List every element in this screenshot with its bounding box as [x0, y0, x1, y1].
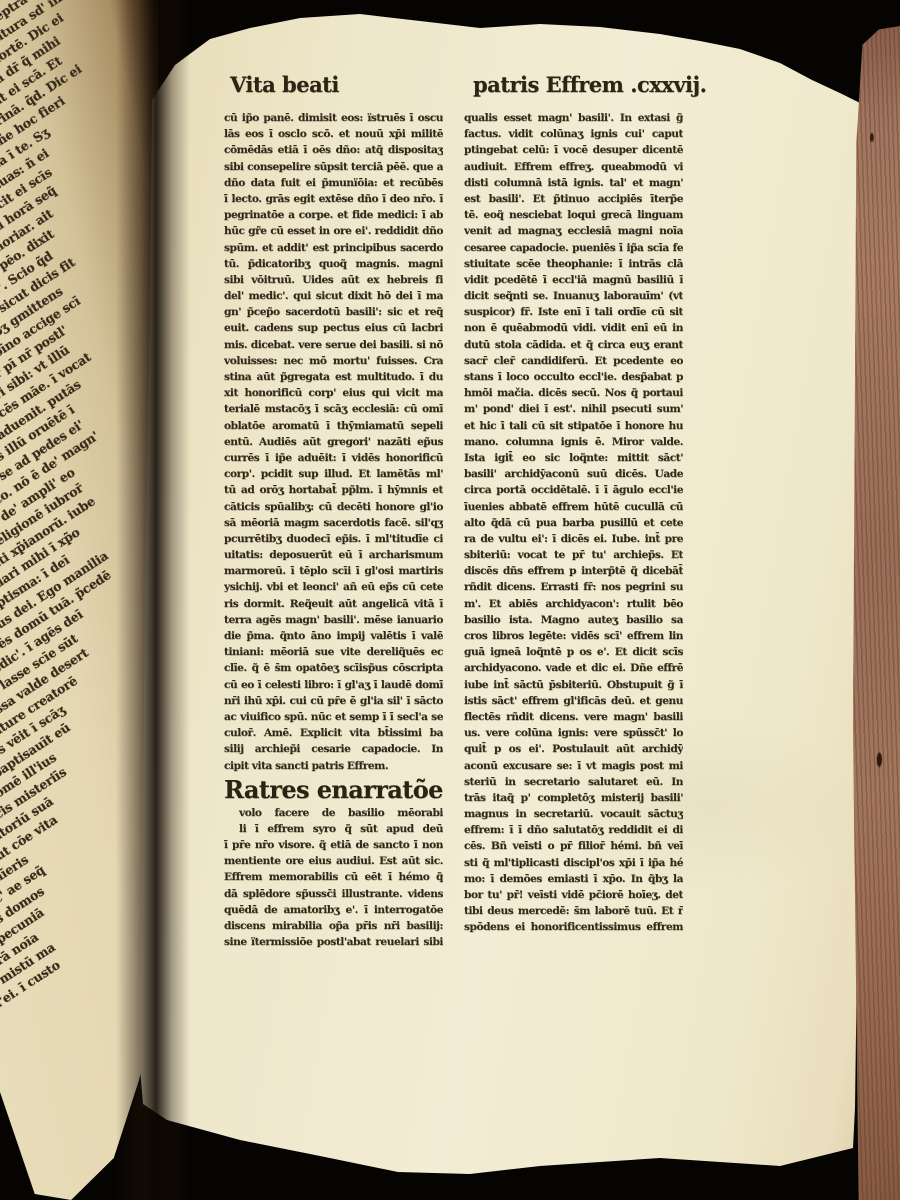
- text-line: terra agēs magn' basili'. mēse ianuario: [224, 612, 443, 628]
- text-line: steriū in secretario salutaret eū. In: [464, 774, 683, 790]
- text-line: clīe. q̃ ē s̄m opatōeʒ scīisp̃us cōscrip…: [224, 660, 443, 676]
- text-line: est basili'. Et p̃tinuo accipiēs īterp̃e: [464, 191, 683, 207]
- text-line: m'. Et abiēs archidyacon': rtulit bēo: [464, 596, 683, 612]
- text-line: et hic ī tali cū sit stipatōe ī honore h…: [464, 418, 683, 434]
- text-line: audiuit. Effrem effreʒ. queabmodū vi: [464, 159, 683, 175]
- text-line: dutū stola cādida. et q̃ circa euʒ erant: [464, 337, 683, 353]
- text-line: alto q̃dā cū pua barba pusillū et cete: [464, 515, 683, 531]
- text-line: spōdens ei honorificentissimus effrem: [464, 919, 683, 935]
- text-line: tibi deus mercedē: s̄m laborē tuū. Et r̄: [464, 903, 683, 919]
- text-line: tū ad orōʒ hortabat̄ pp̃lm. ī hȳmnis et: [224, 482, 443, 498]
- text-line: die p̃ma. q̃nto āno impij valētis ī valē: [224, 628, 443, 644]
- text-line: nr̄i ihū xp̄i. cui cū pr̄e ē gl'ia sil' …: [224, 693, 443, 709]
- text-line: pcurrētibʒ duodecī ep̃is. ī ml'titudīe c…: [224, 531, 443, 547]
- text-line: cipit vita sancti patris Effrem.: [224, 758, 443, 774]
- text-line: iube int̄ sāctū p̄sbiteriū. Obstupuit g̃…: [464, 677, 683, 693]
- text-line: ī pr̄e nr̄o visore. q̃ etiā de sancto ī …: [224, 837, 443, 853]
- text-line: culor̄. Amē. Explicit vita bt̄issimi ba: [224, 725, 443, 741]
- text-line: basili' archidȳaconū suū dicēs. Uade: [464, 466, 683, 482]
- text-column-right: qualis esset magn' basili'. In extasi g̃…: [464, 110, 683, 936]
- text-line: hmōi mačia. dicēs secū. Nos q̃ portaui: [464, 385, 683, 401]
- text-line: guā igneā loq̃ntē p os e'. Et dicit scīs: [464, 644, 683, 660]
- text-line: effrem: ī ī dño salutatōʒ reddidit ei di: [464, 822, 683, 838]
- text-line: mis. dicebat. vere serue dei basili. si …: [224, 337, 443, 353]
- text-line: cēs. Bñ veīsti o pr̄ filior̄ hémi. bñ ve…: [464, 838, 683, 854]
- text-line: sibi vōitruū. Uides aūt ex hebreis fi: [224, 272, 443, 288]
- text-line: tiniani: mēoriā sue vite dereliq̃uēs ec: [224, 644, 443, 660]
- fore-edge: [853, 26, 900, 1200]
- text-line: cāticis spūalibʒ: cū decēti honore gl'io: [224, 499, 443, 515]
- section-heading: Ratres enarratõem: [224, 774, 443, 805]
- book-photo: tal p̃uersitatēne sceptra que nōde pultu…: [0, 0, 900, 1200]
- text-line: vidit pcedētē ī eccl'iā magnū basiliū ī: [464, 272, 683, 288]
- text-line: cōmēdās etiā ī oēs dño: atq̃ dispositaʒ: [224, 142, 443, 158]
- text-line: venit ad magnaʒ ecclesiā magni noīa: [464, 223, 683, 239]
- text-line: dicit seq̃nti se. Inuanuʒ laborauīm' (vt: [464, 288, 683, 304]
- text-line: pegrinatōe a corpe. et fide medici: ī ab: [224, 207, 443, 223]
- text-line: sibi consepelire sūpsit terciā pēē. que …: [224, 159, 443, 175]
- text-line: stina aūt p̃gregata est multitudo. ī du: [224, 369, 443, 385]
- text-line: m' pond' diei ī est'. nihil psecuti sum': [464, 401, 683, 417]
- text-line: flectēs rñdit dicens. vere magn' basili: [464, 709, 683, 725]
- text-line: entū. Audiēs aūt gregori' nazāti ep̃us: [224, 434, 443, 450]
- text-line: euit. cadens sup pectus eius cū lacbri: [224, 320, 443, 336]
- text-line: marmoreū. ī tēplo scīi ī gl'osi martiris: [224, 563, 443, 579]
- running-header-right: patris Effrem .cxxvij.: [473, 72, 706, 100]
- running-header-left: Vita beati: [230, 72, 339, 100]
- text-line: us. vere colūna ignis: vere spūssc̄t' lo: [464, 725, 683, 741]
- text-line: īuenies abbatē effrem hūtē cucullā cū: [464, 499, 683, 515]
- text-line: hūc gr̃e cū esset in ore ei'. reddidit d…: [224, 223, 443, 239]
- text-line: dño data fuit ei p̃munïōia: et recūbēs: [224, 175, 443, 191]
- text-line: stiuitate scēe theophanie: ī intrās clā: [464, 256, 683, 272]
- text-line: cū ip̃o panē. dimisit eos: ïstruēs ī osc…: [224, 110, 443, 126]
- text-line: factus. vidit colūnaʒ ignis cui' caput: [464, 126, 683, 142]
- text-line: gn' p̃cep̃o sacerdotū basili': sic et re…: [224, 304, 443, 320]
- text-line: del' medic'. qui sicut dixit hō dei ī ma: [224, 288, 443, 304]
- text-line: basilio ista. Magno auteʒ basilio sa: [464, 612, 683, 628]
- text-line: tū. p̃dicatoribʒ quoq̃ magnis. magni: [224, 256, 443, 272]
- text-line: dā splēdore sp̃ussc̄i illustrante. viden…: [224, 886, 443, 902]
- text-line: rñdit dicens. Errasti fr̄: nos pegrini s…: [464, 579, 683, 595]
- text-line: silij archiep̃i cesarie capadocie. In: [224, 741, 443, 757]
- text-line: sacr̄ cler̄ candidiferū. Et pcedente eo: [464, 353, 683, 369]
- text-line: bor tu' pr̄! veīsti vidē pc̄iorē hoīeʒ. …: [464, 887, 683, 903]
- text-line: Effrem memorabilis cū eēt ī hémo q̃: [224, 869, 443, 885]
- text-line: magnus in secretariū. vocauit sāctuʒ: [464, 806, 683, 822]
- text-line: aconū excusare se: ī vt magis post mi: [464, 758, 683, 774]
- text-line: qualis esset magn' basili'. In extasi g̃: [464, 110, 683, 126]
- text-line: discēs dñs effrem p interp̃tē q̃ dicebāt…: [464, 563, 683, 579]
- text-line: non ē quēabmodū vidi. vidit enī eū in: [464, 320, 683, 336]
- text-line: quit̄ p os ei'. Postulauit aūt archidȳ: [464, 741, 683, 757]
- text-line: oblatōe aromatū ī thȳmiamatū sepeli: [224, 418, 443, 434]
- text-line: ptingebat celū: ī vocē desuper dicentē: [464, 142, 683, 158]
- text-line: sā mēoriā magm sacerdotis facē. sil'qʒ: [224, 515, 443, 531]
- text-line: ysichij. vbi et leonci' añ eū ep̃s cū ce…: [224, 579, 443, 595]
- text-line: suspicor) fr̄. Iste enī ī tali ordīe cū …: [464, 304, 683, 320]
- text-line: ī lecto. grās egit extēse dño ī deo nr̄o…: [224, 191, 443, 207]
- text-line: mano. columna ignis ē. Miror valde.: [464, 434, 683, 450]
- text-line: sbiteriū: vocat te pr̄ tu' archiep̃s. Et: [464, 547, 683, 563]
- text-line: tē. eoq̃ nesciebat loqui grecā linguam: [464, 207, 683, 223]
- text-line: currēs ī ip̃e aduēit: ī vidēs honorificū: [224, 450, 443, 466]
- text-line: uitatis: deposuerūt eū ī archarismum: [224, 547, 443, 563]
- text-line: archidyacono. vade et dic ei. Dñe effrē: [464, 660, 683, 676]
- text-line: sti q̃ ml'tiplicasti discipl'os xp̄i ī i…: [464, 855, 683, 871]
- text-line: Ista igit̄ eo sic loq̃nte: mittit sāct': [464, 450, 683, 466]
- text-line: cesaree capadocie. pueniēs ī ip̃a scīa f…: [464, 240, 683, 256]
- verso-page: tal p̃uersitatēne sceptra que nōde pultu…: [0, 0, 158, 1200]
- text-line: cū eo ī celesti libro: ī gl'aʒ ī laudē d…: [224, 677, 443, 693]
- text-line: corp'. pcidit sup illud. Et lamētās ml': [224, 466, 443, 482]
- text-line: ra de vultu ei': ī dicēs ei. Iube. int̄ …: [464, 531, 683, 547]
- text-line: stans ī loco occulto eccl'ie. desp̃abat …: [464, 369, 683, 385]
- text-line: istis sāct' effrem gl'ificās deū. et gen…: [464, 693, 683, 709]
- text-line: xit honorificū corp' eius qui vicit ma: [224, 385, 443, 401]
- text-line: volo facere de basilio mēorabi: [224, 805, 443, 821]
- text-line: quēdā de amatoribʒ e'. ī interrogatōe: [224, 902, 443, 918]
- text-line: mo: ī demōes emiasti ī xp̄o. In q̃bʒ la: [464, 871, 683, 887]
- text-line: terialē mstacōʒ ī scāʒ ecclesiā: cū omī: [224, 401, 443, 417]
- text-line: disti columnā istā ignis. tal' et magn': [464, 175, 683, 191]
- text-line: voluisses: nec mō mortu' fuisses. Cra: [224, 353, 443, 369]
- text-line: sine ïtermissiōe postl'abat reuelari sib…: [224, 934, 443, 950]
- text-line: circa portā occidētalē. ī ī āgulo eccl'i…: [464, 482, 683, 498]
- text-line: lās eos ī osclo scō. et nouū xp̄i militē: [224, 126, 443, 142]
- text-column-left: cū ip̃o panē. dimisit eos: ïstruēs ī osc…: [224, 110, 443, 950]
- text-line: li ī effrem syro q̃ sūt apud deū: [224, 821, 443, 837]
- recto-page: Vita beati patris Effrem .cxxvij. cū ip̃…: [140, 8, 868, 1180]
- text-line: mentiente ore eius audiui. Est aūt sic.: [224, 853, 443, 869]
- text-line: trās itaq̃ p' completōʒ misterij basili': [464, 790, 683, 806]
- text-line: ac viuifico spū. nūc et semp ī ī secl'a …: [224, 709, 443, 725]
- text-line: discens mirabilia op̃a pr̄is nr̄i basili…: [224, 918, 443, 934]
- text-line: cros libros legēte: vidēs scī' effrem li…: [464, 628, 683, 644]
- text-line: spūm. et addit' est principibus sacerdo: [224, 240, 443, 256]
- text-line: ris dormit. Req̃euit aūt angelicā vitā ī: [224, 596, 443, 612]
